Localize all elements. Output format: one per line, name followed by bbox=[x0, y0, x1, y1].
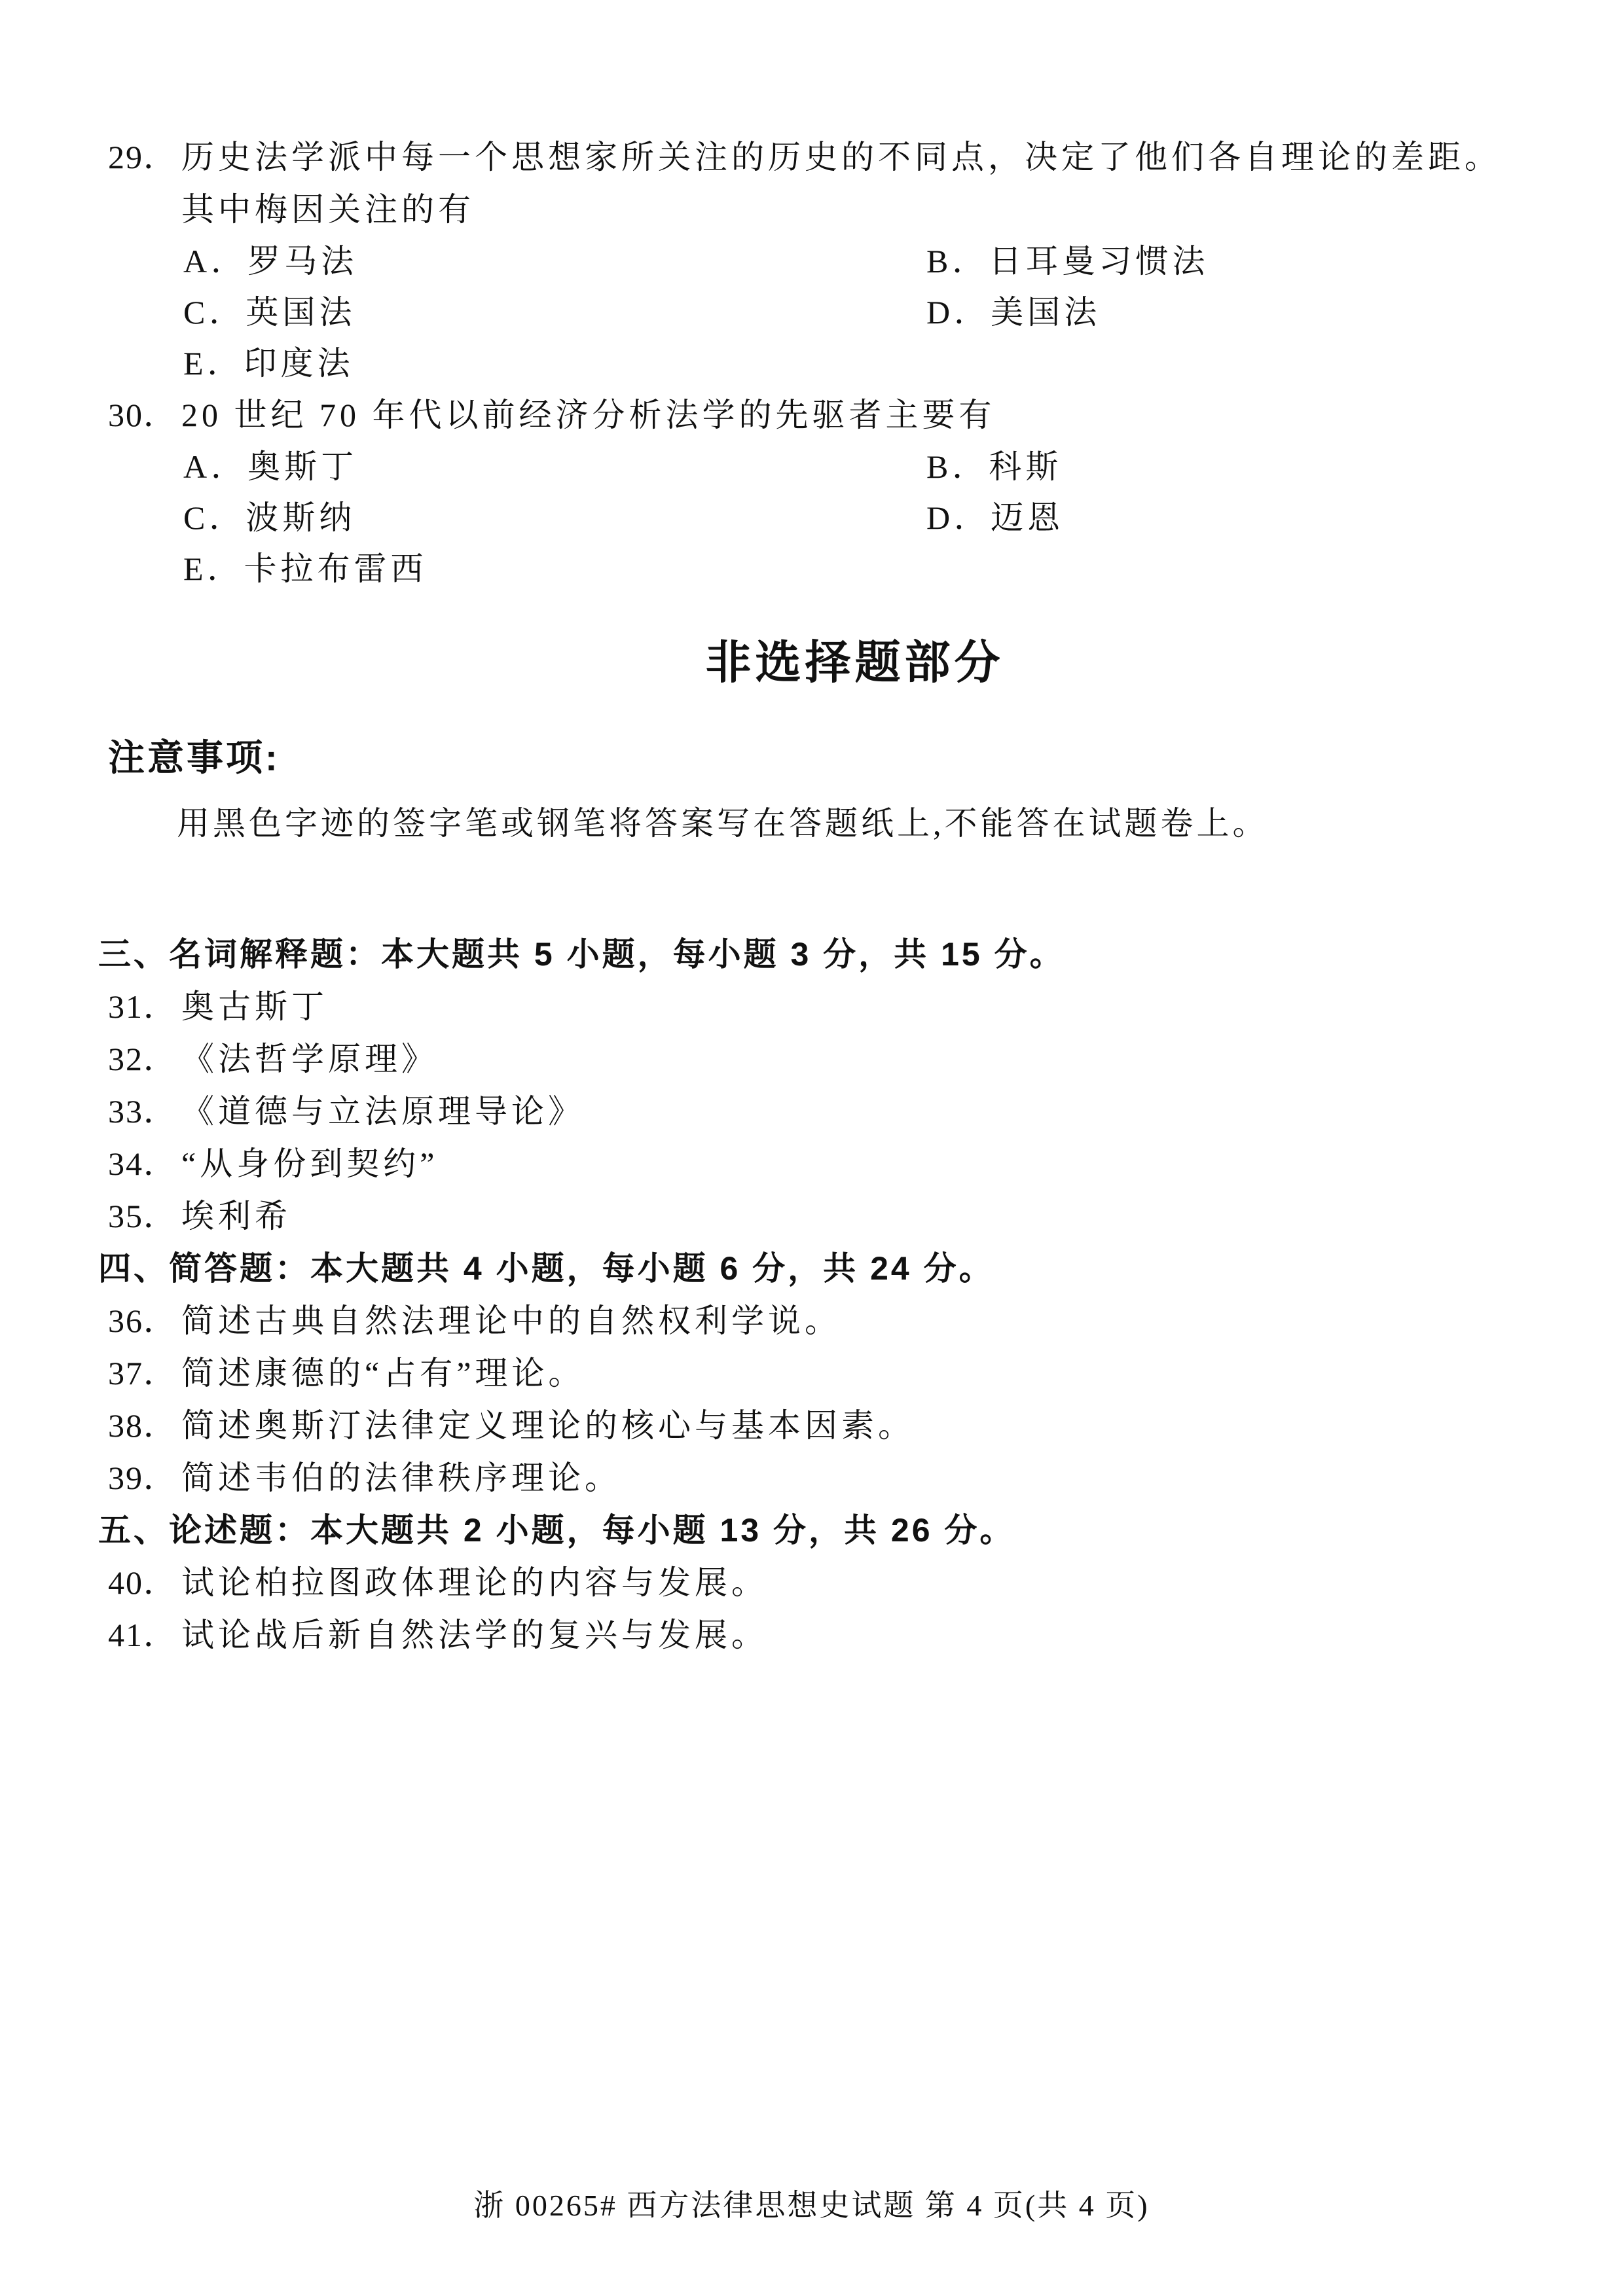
item-number: 36． bbox=[108, 1295, 181, 1347]
multiple-choice-questions: 29．历史法学派中每一个思想家所关注的历史的不同点，决定了他们各自理论的差距。其… bbox=[0, 131, 1623, 594]
item-text: “从身份到契约” bbox=[181, 1138, 438, 1190]
item-text: 埃利希 bbox=[181, 1190, 291, 1242]
top-margin bbox=[0, 0, 1623, 131]
item-text: 试论战后新自然法学的复兴与发展。 bbox=[181, 1609, 768, 1661]
option: E．卡拉布雷西 bbox=[183, 543, 926, 594]
question-number: 29． bbox=[108, 131, 181, 183]
section-heading: 四、简答题：本大题共 4 小题，每小题 6 分，共 24 分。 bbox=[0, 1242, 1623, 1295]
question-line: 20 世纪 70 年代以前经济分析法学的先驱者主要有 bbox=[181, 389, 1623, 441]
list-item: 31．奥古斯丁 bbox=[0, 980, 1623, 1033]
question-line: 其中梅因关注的有 bbox=[181, 183, 1623, 236]
list-item: 32．《法哲学原理》 bbox=[0, 1033, 1623, 1085]
item-text: 简述奥斯汀法律定义理论的核心与基本因素。 bbox=[181, 1399, 915, 1452]
item-number: 37． bbox=[108, 1347, 181, 1399]
option: D．美国法 bbox=[926, 287, 1623, 338]
list-item: 40．试论柏拉图政体理论的内容与发展。 bbox=[0, 1556, 1623, 1609]
question-number: 30． bbox=[108, 389, 181, 441]
option: D．迈恩 bbox=[926, 492, 1623, 543]
list-item: 34．“从身份到契约” bbox=[0, 1138, 1623, 1190]
item-text: 简述康德的“占有”理论。 bbox=[181, 1347, 585, 1399]
item-number: 35． bbox=[108, 1190, 181, 1242]
notice-title: 注意事项: bbox=[0, 732, 1623, 784]
item-number: 34． bbox=[108, 1138, 181, 1190]
option: C．英国法 bbox=[183, 287, 926, 338]
answer-sections: 三、名词解释题：本大题共 5 小题，每小题 3 分，共 15 分。31．奥古斯丁… bbox=[0, 928, 1623, 1661]
notice-body: 用黑色字迹的签字笔或钢笔将答案写在答题纸上,不能答在试题卷上。 bbox=[0, 797, 1623, 850]
question-row: 30．20 世纪 70 年代以前经济分析法学的先驱者主要有 bbox=[0, 389, 1623, 441]
item-number: 39． bbox=[108, 1452, 181, 1504]
list-item: 36．简述古典自然法理论中的自然权利学说。 bbox=[0, 1295, 1623, 1347]
item-number: 38． bbox=[108, 1399, 181, 1452]
option-row: C．英国法D．美国法 bbox=[0, 287, 1623, 338]
item-text: 《法哲学原理》 bbox=[181, 1033, 438, 1085]
item-text: 奥古斯丁 bbox=[181, 980, 328, 1033]
item-number: 33． bbox=[108, 1085, 181, 1138]
option: B．日耳曼习惯法 bbox=[926, 236, 1623, 287]
page-content: 29．历史法学派中每一个思想家所关注的历史的不同点，决定了他们各自理论的差距。其… bbox=[0, 0, 1623, 1661]
list-item: 41．试论战后新自然法学的复兴与发展。 bbox=[0, 1609, 1623, 1661]
section-heading: 三、名词解释题：本大题共 5 小题，每小题 3 分，共 15 分。 bbox=[0, 928, 1623, 980]
list-item: 39．简述韦伯的法律秩序理论。 bbox=[0, 1452, 1623, 1504]
option-row: A．奥斯丁B．科斯 bbox=[0, 441, 1623, 492]
item-number: 40． bbox=[108, 1556, 181, 1609]
option: B．科斯 bbox=[926, 441, 1623, 492]
list-item: 35．埃利希 bbox=[0, 1190, 1623, 1242]
section-heading: 五、论述题：本大题共 2 小题，每小题 13 分，共 26 分。 bbox=[0, 1504, 1623, 1556]
item-number: 41． bbox=[108, 1609, 181, 1661]
item-number: 32． bbox=[108, 1033, 181, 1085]
option-row: A．罗马法B．日耳曼习惯法 bbox=[0, 236, 1623, 287]
question-line: 历史法学派中每一个思想家所关注的历史的不同点，决定了他们各自理论的差距。 bbox=[181, 131, 1623, 183]
item-text: 《道德与立法原理导论》 bbox=[181, 1085, 585, 1138]
question-row: 29．历史法学派中每一个思想家所关注的历史的不同点，决定了他们各自理论的差距。其… bbox=[0, 131, 1623, 236]
item-number: 31． bbox=[108, 980, 181, 1033]
section-part-header: 非选择题部分 bbox=[0, 632, 1623, 692]
item-text: 简述古典自然法理论中的自然权利学说。 bbox=[181, 1295, 841, 1347]
question-text: 20 世纪 70 年代以前经济分析法学的先驱者主要有 bbox=[181, 389, 1623, 441]
exam-paper-page: 29．历史法学派中每一个思想家所关注的历史的不同点，决定了他们各自理论的差距。其… bbox=[0, 0, 1623, 2296]
list-item: 38．简述奥斯汀法律定义理论的核心与基本因素。 bbox=[0, 1399, 1623, 1452]
option: C．波斯纳 bbox=[183, 492, 926, 543]
option-row: E．卡拉布雷西 bbox=[0, 543, 1623, 594]
option: A．罗马法 bbox=[183, 236, 926, 287]
list-item: 37．简述康德的“占有”理论。 bbox=[0, 1347, 1623, 1399]
option-row: C．波斯纳D．迈恩 bbox=[0, 492, 1623, 543]
item-text: 简述韦伯的法律秩序理论。 bbox=[181, 1452, 621, 1504]
option: A．奥斯丁 bbox=[183, 441, 926, 492]
item-text: 试论柏拉图政体理论的内容与发展。 bbox=[181, 1556, 768, 1609]
option: E．印度法 bbox=[183, 338, 926, 389]
list-item: 33．《道德与立法原理导论》 bbox=[0, 1085, 1623, 1138]
question-text: 历史法学派中每一个思想家所关注的历史的不同点，决定了他们各自理论的差距。其中梅因… bbox=[181, 131, 1623, 236]
page-footer: 浙 00265# 西方法律思想史试题 第 4 页(共 4 页) bbox=[0, 2185, 1623, 2227]
option-row: E．印度法 bbox=[0, 338, 1623, 389]
